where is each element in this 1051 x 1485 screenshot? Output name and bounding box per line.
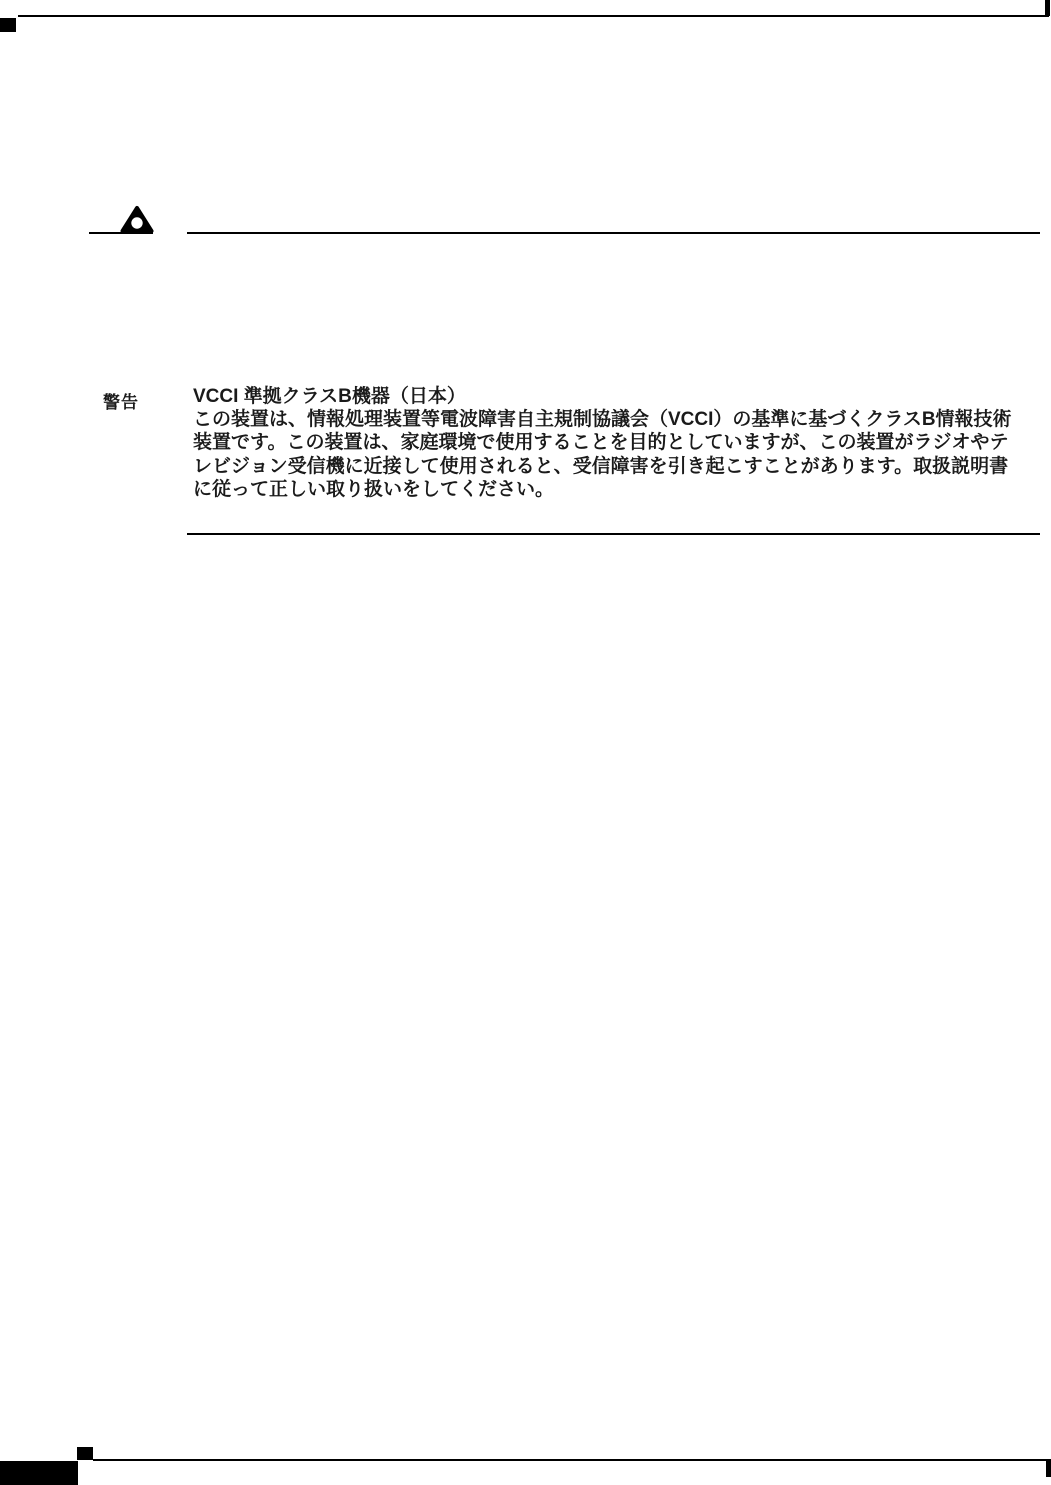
warning-title-line: VCCI 準拠クラスB機器（日本） xyxy=(193,385,1038,408)
footer-rule xyxy=(93,1459,1048,1461)
warning-rule-right xyxy=(187,232,1040,234)
warning-body-line: に従って正しい取り扱いをしてください。 xyxy=(193,478,1038,501)
warning-body-line: レビジョン受信機に近接して使用されると、受信障害を引き起こすことがあります。取扱… xyxy=(193,455,1038,478)
warning-body-line: この装置は、情報処理装置等電波障害自主規制協議会（VCCI）の基準に基づくクラス… xyxy=(193,408,1038,431)
warning-text-block: VCCI 準拠クラスB機器（日本） この装置は、情報処理装置等電波障害自主規制協… xyxy=(193,385,1038,501)
warning-rule-bottom xyxy=(187,533,1040,535)
warning-label: 警告 xyxy=(103,388,139,413)
footer-right-crop-tick xyxy=(1046,1459,1051,1477)
footer-corner-square xyxy=(77,1447,93,1460)
top-right-crop-tick xyxy=(1045,0,1050,16)
top-left-corner-square xyxy=(0,18,16,32)
top-rule xyxy=(18,15,1049,17)
warning-triangle-icon xyxy=(120,205,154,233)
warning-body-line: 装置です。この装置は、家庭環境で使用することを目的としていますが、この装置がラジ… xyxy=(193,431,1038,454)
document-page: 警告 VCCI 準拠クラスB機器（日本） この装置は、情報処理装置等電波障害自主… xyxy=(0,0,1051,1485)
footer-page-tab xyxy=(0,1461,78,1485)
